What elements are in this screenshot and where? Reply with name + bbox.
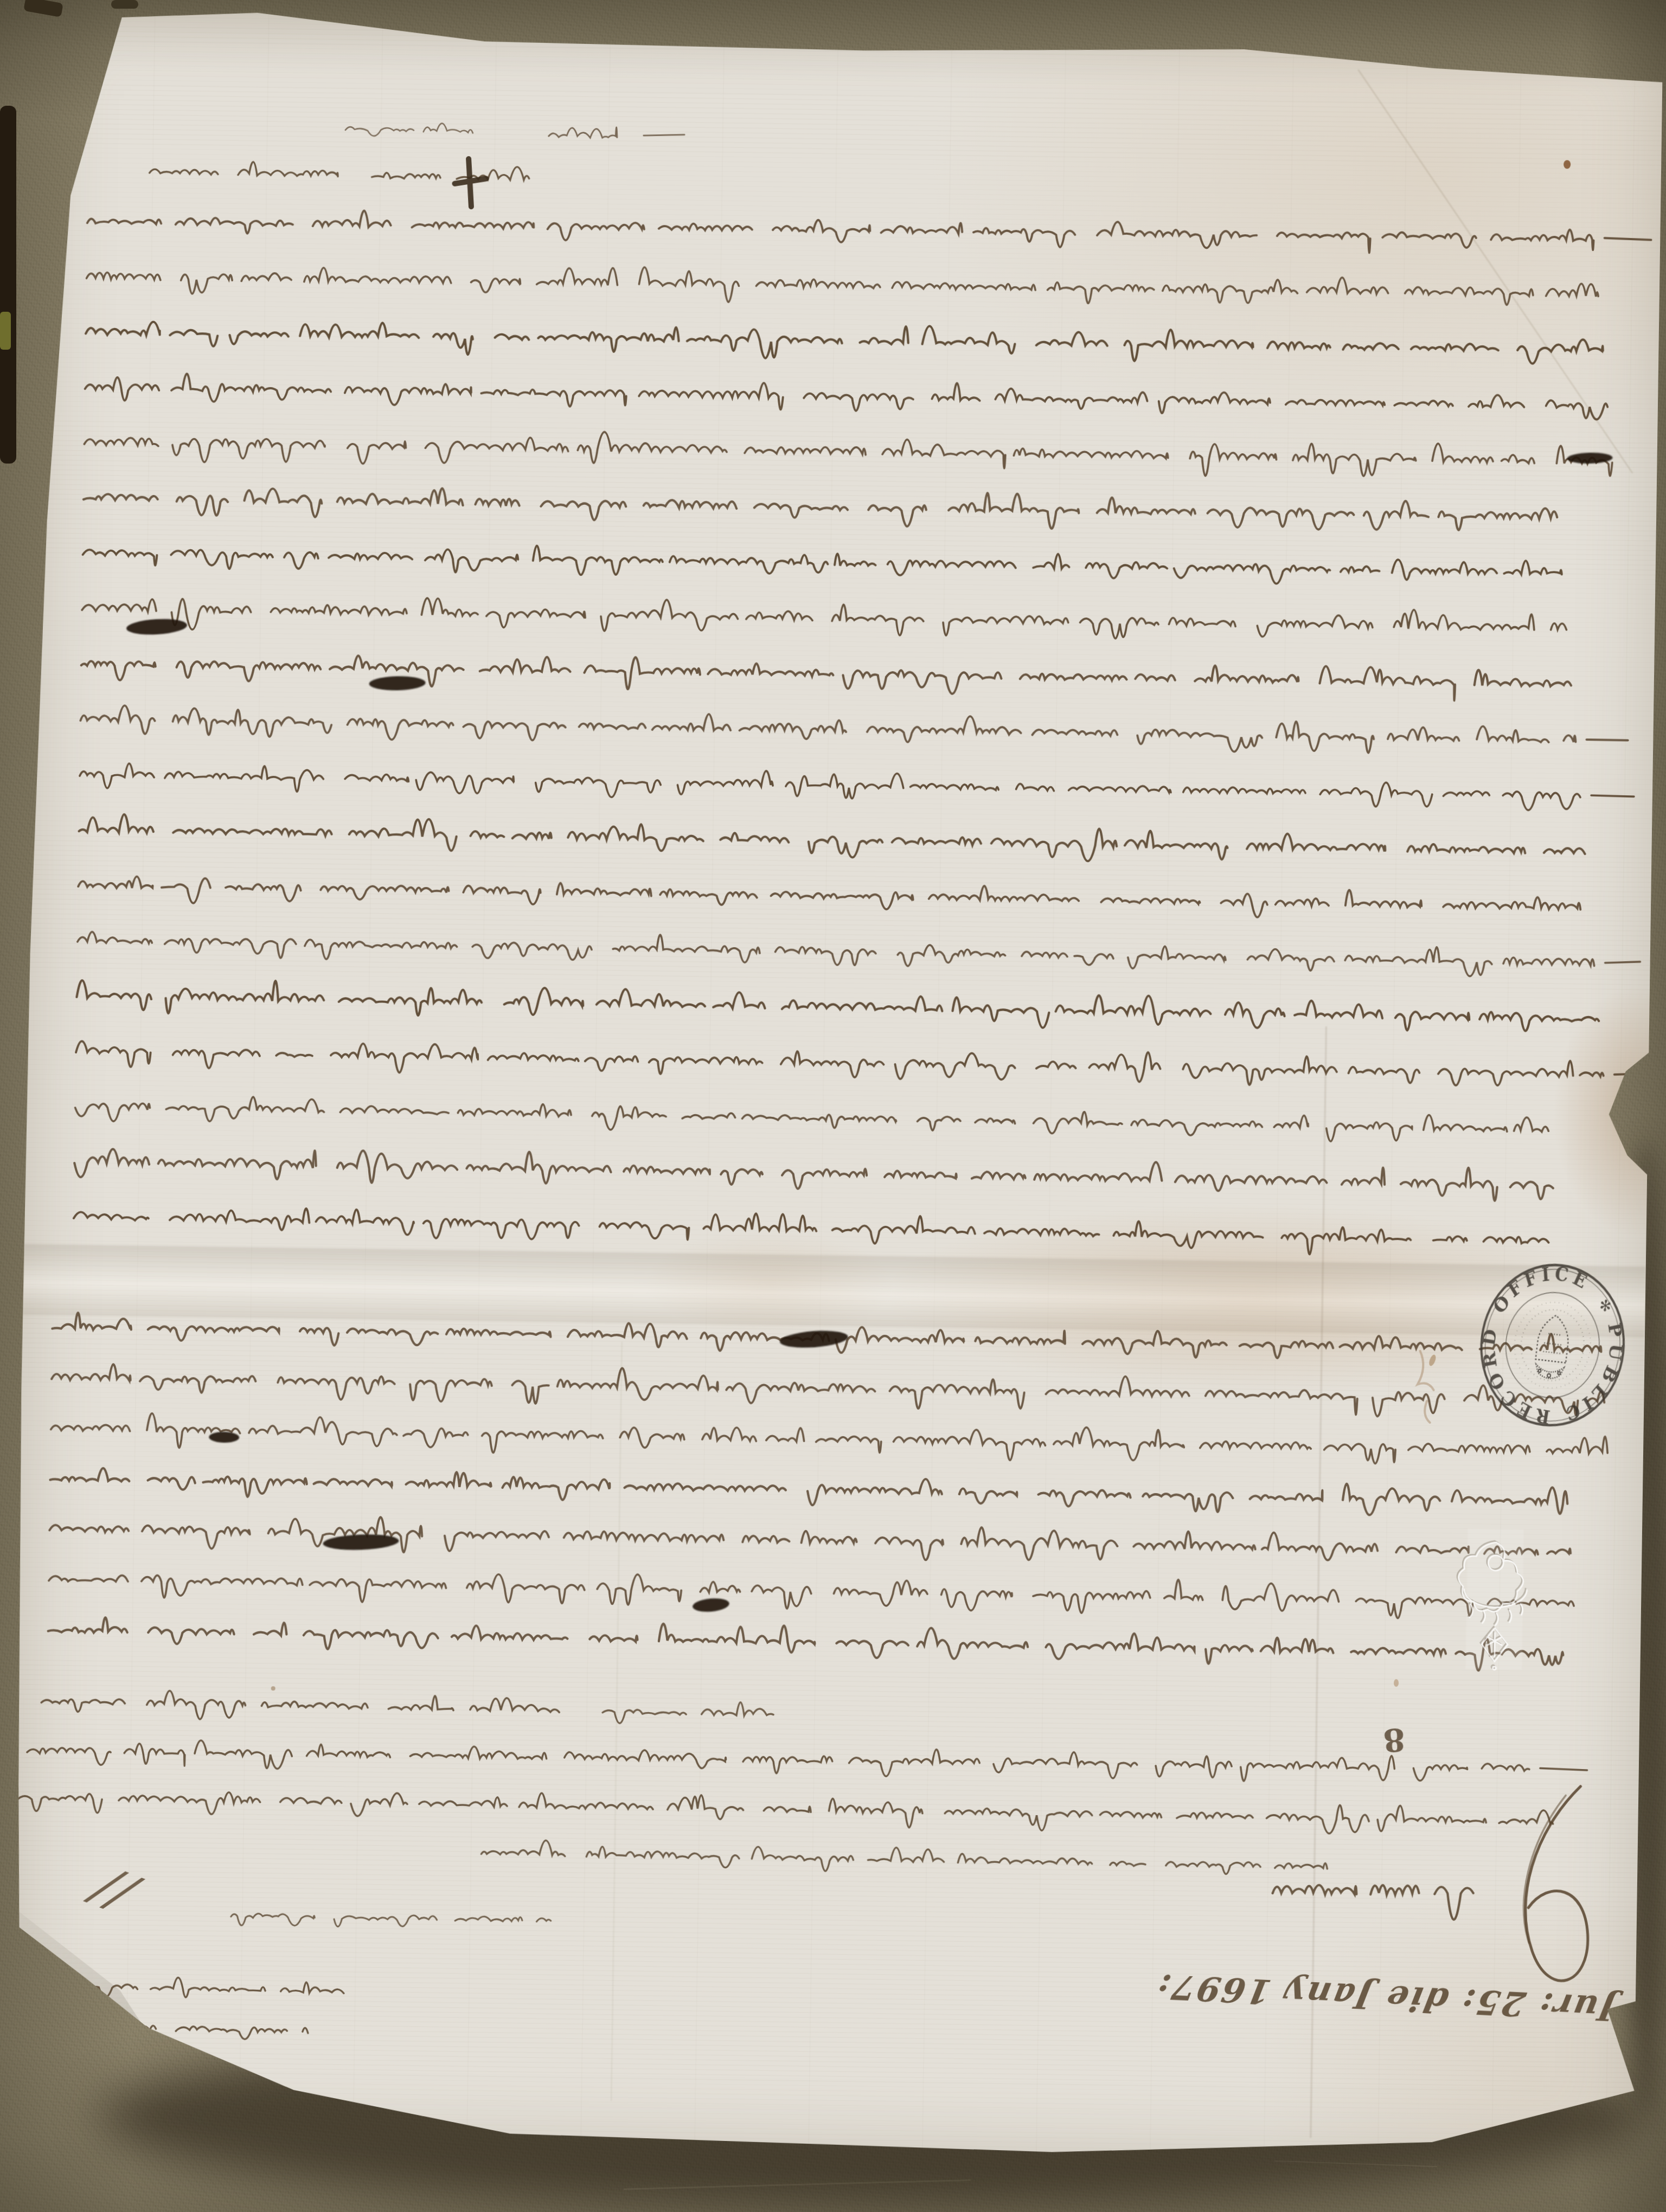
margin-numeral: 8 xyxy=(1382,1721,1406,1759)
stamp-crest xyxy=(1510,1298,1595,1392)
desk-debris-strip xyxy=(0,106,16,464)
photo-of-manuscript: { "photo": { "subject": "17th-century ha… xyxy=(0,0,1666,2212)
desk-debris-top2 xyxy=(111,0,138,9)
handwriting-layer: PUBLIC RECORD OFFICE ✻ xyxy=(11,5,1663,2169)
stamp-text: PUBLIC RECORD OFFICE xyxy=(1458,1237,1648,1453)
manuscript-text xyxy=(15,118,1658,2059)
public-record-office-stamp: PUBLIC RECORD OFFICE ✻ xyxy=(1440,1222,1665,1469)
manuscript-sheet: PUBLIC RECORD OFFICE ✻ xyxy=(11,5,1663,2169)
desk-debris-speck xyxy=(0,312,11,350)
signature-paraph xyxy=(1523,1786,1590,1982)
ink-redaction-blots xyxy=(112,432,1613,1626)
svg-text:PUBLIC RECORD OFFICE: PUBLIC RECORD OFFICE xyxy=(1458,1237,1648,1453)
header-bold-mark xyxy=(454,159,486,207)
stamp-ornament: ✻ xyxy=(1598,1295,1612,1315)
